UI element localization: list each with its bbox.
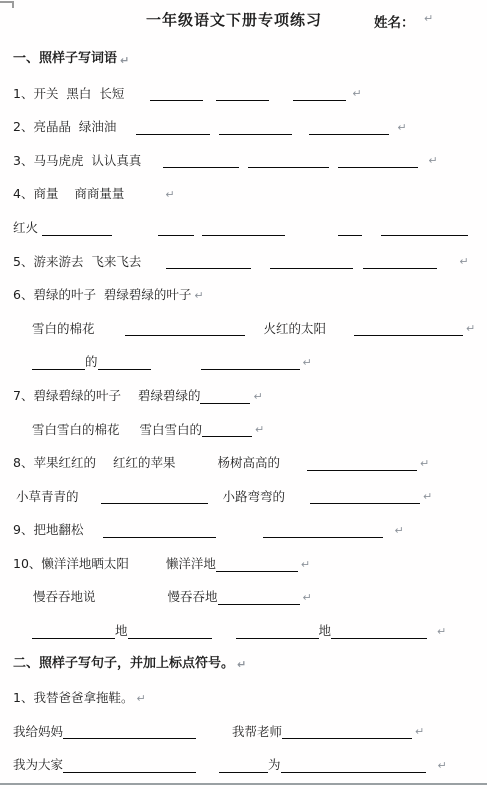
item-6: 6、碧绿的叶子 碧绿碧绿的叶子↵ — [13, 269, 487, 303]
paragraph-mark-icon: ↵ — [397, 122, 406, 133]
spacer — [116, 134, 136, 135]
answer-blank[interactable] — [310, 500, 420, 504]
paragraph-mark-icon: ↵ — [301, 559, 310, 570]
line-text: 10、懒洋洋地晒太阳 — [13, 556, 129, 572]
answer-blank[interactable] — [293, 97, 346, 101]
item-10: 10、懒洋洋地晒太阳懒洋洋地↵ — [13, 538, 487, 572]
line-text: 3、马马虎虎 认认真真 — [13, 153, 141, 169]
line-text: 地 — [319, 623, 332, 639]
spacer — [245, 335, 264, 336]
answer-blank[interactable] — [338, 232, 362, 236]
answer-blank[interactable] — [219, 769, 268, 773]
line-text: 红火 — [13, 220, 42, 236]
spacer — [141, 167, 163, 168]
answer-blank[interactable] — [307, 467, 417, 471]
answer-blank[interactable] — [136, 131, 210, 135]
page-margin-corner-mark — [0, 1, 14, 8]
spacer — [216, 537, 263, 538]
line-text: 的 — [85, 354, 98, 370]
spacer — [418, 167, 425, 168]
item-2-1-line2: 我给妈妈我帮老师↵ — [13, 706, 487, 740]
paragraph-mark-icon: ↵ — [303, 357, 312, 368]
paragraph-mark-icon: ↵ — [253, 391, 262, 402]
line-text: 5、游来游去 飞来飞去 — [13, 254, 141, 270]
paragraph-mark-icon: ↵ — [255, 424, 264, 435]
spacer — [194, 235, 202, 236]
line-text: 小草青青的 — [16, 489, 79, 505]
worksheet-lines: 一、照样子写词语↵1、开关 黑白 长短↵2、亮晶晶 绿油油↵3、马马虎虎 认认真… — [13, 34, 487, 773]
answer-blank[interactable] — [201, 366, 300, 370]
spacer — [326, 335, 354, 336]
answer-blank[interactable] — [128, 635, 212, 639]
paragraph-mark-icon: ↵ — [428, 155, 437, 166]
spacer — [196, 772, 219, 773]
answer-blank[interactable] — [63, 769, 196, 773]
answer-blank[interactable] — [200, 400, 250, 404]
line-text: 雪白雪白的棉花 — [32, 422, 120, 438]
answer-blank[interactable] — [150, 97, 203, 101]
answer-blank[interactable] — [98, 366, 151, 370]
answer-blank[interactable] — [202, 433, 252, 437]
spacer — [112, 235, 158, 236]
line-text: 8、苹果红红的 — [13, 455, 96, 471]
line-text: 1、我替爸爸拿拖鞋。 — [13, 690, 133, 706]
line-text: 雪白的棉花 — [32, 321, 95, 337]
line-text: 9、把地翻松 — [13, 522, 83, 538]
paragraph-mark-icon: ↵ — [438, 760, 447, 771]
spacer — [269, 100, 293, 101]
answer-blank[interactable] — [309, 131, 389, 135]
item-4-answers: 红火 — [13, 202, 487, 236]
answer-blank[interactable] — [101, 500, 208, 504]
line-text: 火红的太阳 — [264, 321, 327, 337]
line-text: 2、亮晶晶 绿油油 — [13, 119, 116, 135]
spacer — [13, 638, 32, 639]
paragraph-mark-icon: ↵ — [415, 726, 424, 737]
item-8-line2: 小草青青的小路弯弯的↵ — [13, 471, 487, 505]
answer-blank[interactable] — [158, 232, 194, 236]
item-8: 8、苹果红红的红红的苹果杨树高高的↵ — [13, 437, 487, 471]
worksheet-page: 一年级语文下册专项练习 姓名： ↵ 一、照样子写词语↵1、开关 黑白 长短↵2、… — [0, 0, 487, 789]
paragraph-mark-icon: ↵ — [303, 592, 312, 603]
answer-blank[interactable] — [218, 601, 300, 605]
spacer — [96, 470, 113, 471]
paragraph-mark-icon: ↵ — [394, 525, 403, 536]
spacer — [362, 235, 381, 236]
section-1-heading: 一、照样子写词语↵ — [13, 34, 487, 68]
line-text: 红红的苹果 — [113, 455, 176, 471]
answer-blank[interactable] — [32, 635, 115, 639]
spacer — [124, 100, 150, 101]
spacer — [13, 335, 32, 336]
paragraph-mark-icon: ↵ — [194, 290, 203, 301]
spacer — [427, 638, 434, 639]
answer-blank[interactable] — [381, 232, 468, 236]
spacer — [151, 369, 201, 370]
spacer — [141, 268, 166, 269]
line-text: 慢吞吞地说 — [33, 589, 96, 605]
answer-blank[interactable] — [338, 164, 418, 168]
paragraph-mark-icon: ↵ — [420, 458, 429, 469]
spacer — [203, 100, 216, 101]
spacer — [426, 772, 435, 773]
spacer — [13, 604, 33, 605]
answer-blank[interactable] — [354, 332, 463, 336]
item-3: 3、马马虎虎 认认真真↵ — [13, 135, 487, 169]
paragraph-mark-icon: ↵ — [423, 491, 432, 502]
paragraph-mark-icon: ↵ — [120, 55, 129, 66]
paragraph-mark-icon: ↵ — [237, 659, 246, 670]
spacer — [83, 537, 103, 538]
answer-blank[interactable] — [281, 769, 426, 773]
line-text: 6、碧绿的叶子 碧绿碧绿的叶子 — [13, 287, 191, 303]
line-text: 一、照样子写词语 — [13, 51, 117, 67]
paragraph-mark-icon: ↵ — [424, 13, 433, 24]
spacer — [353, 268, 363, 269]
line-text: 二、照样子写句子，并加上标点符号。 — [13, 656, 234, 672]
spacer — [285, 235, 338, 236]
answer-blank[interactable] — [103, 534, 216, 538]
spacer — [251, 268, 270, 269]
spacer — [13, 436, 32, 437]
line-text: 地 — [115, 623, 128, 639]
answer-blank[interactable] — [32, 366, 85, 370]
section-2-heading: 二、照样子写句子，并加上标点符号。↵ — [13, 639, 487, 673]
item-10-line3: 地地↵ — [13, 605, 487, 639]
page-bottom-boundary — [0, 783, 487, 785]
spacer — [210, 134, 219, 135]
item-4: 4、商量 商商量量↵ — [13, 168, 487, 202]
line-text: 4、商量 商商量量 — [13, 186, 124, 202]
answer-blank[interactable] — [63, 735, 196, 739]
line-text: 慢吞吞地 — [168, 589, 218, 605]
page-title: 一年级语文下册专项练习 — [146, 9, 322, 30]
answer-blank[interactable] — [42, 232, 112, 236]
spacer — [280, 470, 307, 471]
paragraph-mark-icon: ↵ — [165, 189, 174, 200]
answer-blank[interactable] — [263, 534, 383, 538]
line-text: 懒洋洋地 — [166, 556, 216, 572]
answer-blank[interactable] — [282, 735, 412, 739]
spacer — [121, 403, 138, 404]
item-2: 2、亮晶晶 绿油油↵ — [13, 101, 487, 135]
item-5: 5、游来游去 飞来飞去↵ — [13, 236, 487, 270]
spacer — [96, 604, 168, 605]
spacer — [129, 571, 166, 572]
spacer — [285, 503, 310, 504]
line-text: 杨树高高的 — [217, 455, 280, 471]
item-1: 1、开关 黑白 长短↵ — [13, 68, 487, 102]
line-text: 我给妈妈 — [13, 724, 63, 740]
line-text: 我为大家 — [13, 757, 63, 773]
item-6-line3: 的↵ — [13, 336, 487, 370]
item-10-line2: 慢吞吞地说慢吞吞地↵ — [13, 572, 487, 606]
answer-blank[interactable] — [125, 332, 245, 336]
paragraph-mark-icon: ↵ — [352, 88, 361, 99]
answer-blank[interactable] — [166, 265, 251, 269]
line-text: 碧绿碧绿的 — [138, 388, 201, 404]
spacer — [346, 100, 349, 101]
spacer — [79, 503, 101, 504]
spacer — [437, 268, 456, 269]
spacer — [292, 134, 309, 135]
spacer — [196, 738, 232, 739]
paragraph-mark-icon: ↵ — [459, 256, 468, 267]
spacer — [389, 134, 394, 135]
answer-blank[interactable] — [202, 232, 285, 236]
answer-blank[interactable] — [216, 97, 269, 101]
line-text: 小路弯弯的 — [223, 489, 286, 505]
spacer — [383, 537, 391, 538]
spacer — [329, 167, 338, 168]
item-7-line2: 雪白雪白的棉花雪白雪白的↵ — [13, 404, 487, 438]
spacer — [239, 167, 248, 168]
paragraph-mark-icon: ↵ — [136, 693, 145, 704]
line-text: 我帮老师 — [232, 724, 282, 740]
answer-blank[interactable] — [163, 164, 239, 168]
answer-blank[interactable] — [270, 265, 353, 269]
spacer — [212, 638, 236, 639]
line-text: 雪白雪白的 — [140, 422, 203, 438]
line-text: 1、开关 黑白 长短 — [13, 86, 124, 102]
answer-blank[interactable] — [236, 635, 319, 639]
spacer — [120, 436, 140, 437]
answer-blank[interactable] — [219, 131, 292, 135]
spacer — [13, 369, 32, 370]
answer-blank[interactable] — [363, 265, 437, 269]
item-6-line2: 雪白的棉花火红的太阳↵ — [13, 303, 487, 337]
answer-blank[interactable] — [331, 635, 427, 639]
answer-blank[interactable] — [248, 164, 329, 168]
item-2-1-line3: 我为大家为↵ — [13, 739, 487, 773]
line-text: 7、碧绿碧绿的叶子 — [13, 388, 121, 404]
answer-blank[interactable] — [216, 568, 298, 572]
name-label: 姓名： — [374, 11, 415, 31]
item-7: 7、碧绿碧绿的叶子碧绿碧绿的↵ — [13, 370, 487, 404]
item-9: 9、把地翻松↵ — [13, 504, 487, 538]
item-2-1: 1、我替爸爸拿拖鞋。↵ — [13, 672, 487, 706]
spacer — [208, 503, 223, 504]
line-text: 为 — [268, 757, 281, 773]
paragraph-mark-icon: ↵ — [437, 626, 446, 637]
paragraph-mark-icon: ↵ — [466, 323, 475, 334]
spacer — [95, 335, 125, 336]
spacer — [124, 201, 162, 202]
spacer — [175, 470, 217, 471]
